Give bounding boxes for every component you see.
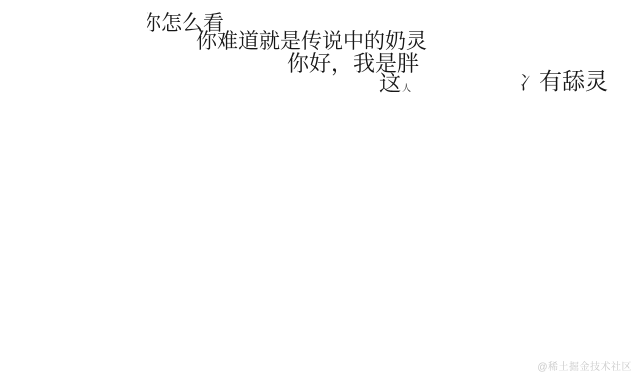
comment-line-4-right-text: 有舔灵 bbox=[539, 68, 608, 94]
meme-image-canvas: 你怎么看 你难道就是传说中的奶灵 你好，我是胖 这 人 冫有舔灵 @稀土掘金技术… bbox=[0, 0, 640, 380]
comment-line-4-left: 这 bbox=[379, 72, 401, 96]
comment-line-4-left-small-mark: 人 bbox=[402, 81, 411, 94]
comment-line-4-partial-glyph: 冫 bbox=[519, 73, 538, 94]
watermark: @稀土掘金技术社区 bbox=[537, 358, 632, 373]
comment-line-4-right: 冫有舔灵 bbox=[519, 69, 608, 95]
comment-line-2: 你难道就是传说中的奶灵 bbox=[196, 30, 427, 53]
